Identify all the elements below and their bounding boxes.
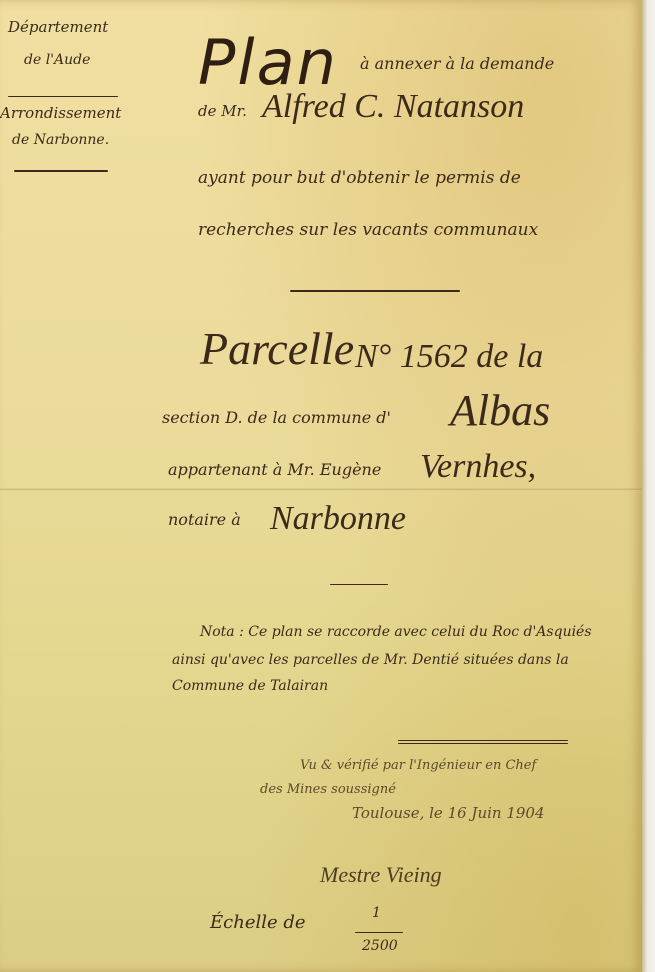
verification-divider [398,740,568,741]
page-edge [642,0,655,972]
arrondissement-label: Arrondissement [0,104,121,122]
owner-name: Vernhes, [420,448,536,486]
owner-role-prefix: notaire à [168,510,241,529]
applicant-prefix: de Mr. [198,102,247,120]
arrondissement-name: de Narbonne. [12,132,109,148]
scale-denominator: 2500 [362,938,398,954]
verification-line-2: des Mines soussigné [260,782,396,797]
department-name: de l'Aude [24,52,90,68]
department-label: Département [8,18,108,36]
title-divider [290,290,460,292]
section-text: section D. de la commune d' [162,408,391,427]
title-continuation: à annexer à la demande [360,54,554,73]
purpose-line-1: ayant pour but d'obtenir le permis de [198,168,521,188]
margin-divider-2 [14,170,108,172]
purpose-line-2: recherches sur les vacants communaux [198,220,538,240]
signature: Mestre Vieing [320,862,442,888]
commune-name: Albas [450,385,550,436]
place-and-date: Toulouse, le 16 Juin 1904 [352,804,545,822]
note-line-1: Nota : Ce plan se raccorde avec celui du… [200,624,592,640]
verification-line-1: Vu & vérifié par l'Ingénieur en Chef [300,758,536,773]
parcel-number: N° 1562 de la [355,338,543,376]
paper-fold-crease [0,488,642,491]
scale-label: Échelle de [210,912,306,933]
document-page: Département de l'Aude Arrondissement de … [0,0,642,972]
parcel-divider [330,584,388,585]
parcel-label: Parcelle [200,322,354,375]
note-line-2: ainsi qu'avec les parcelles de Mr. Denti… [172,652,569,668]
note-line-3: Commune de Talairan [172,678,328,694]
owner-city: Narbonne [270,500,406,538]
margin-divider-1 [8,96,118,97]
scale-fraction-bar [355,932,403,933]
scale-numerator: 1 [372,905,381,921]
applicant-name: Alfred C. Natanson [262,88,524,126]
owner-prefix: appartenant à Mr. Eugène [168,460,381,479]
